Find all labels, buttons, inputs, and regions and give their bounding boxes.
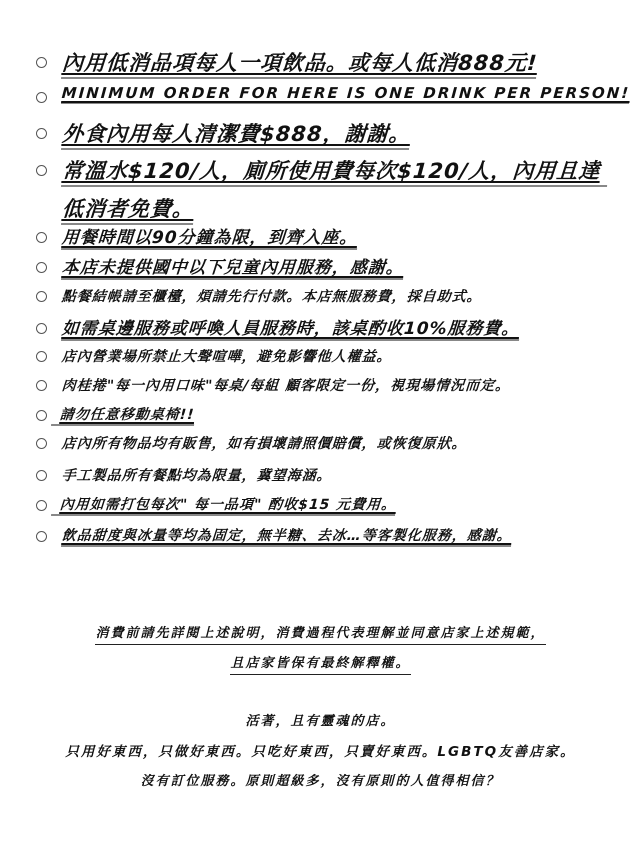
rule-text: 用餐時間以90分鐘為限，到齊入座。 (61, 223, 359, 250)
notice-line-1: 消費前請先詳閱上述說明，消費過程代表理解並同意店家上述規範， (0, 622, 641, 641)
circle-bullet-icon (36, 470, 47, 481)
rule-item: 如需桌邊服務或呼喚人員服務時，該桌酌收10%服務費。 (36, 314, 519, 341)
rule-text: MINIMUM ORDER FOR HERE IS ONE DRINK PER … (61, 84, 631, 104)
rule-item: MINIMUM ORDER FOR HERE IS ONE DRINK PER … (36, 84, 629, 104)
motto-line-3: 沒有訂位服務。原則超級多，沒有原則的人值得相信？ (0, 770, 641, 789)
rule-text: 外食內用每人清潔費$888，謝謝。 (61, 118, 412, 150)
rule-text: 點餐結帳請至櫃檯，煩請先行付款。本店無服務費，採自助式。 (61, 286, 482, 306)
rule-item: 本店未提供國中以下兒童內用服務，感謝。 (36, 253, 403, 280)
rule-item: 外食內用每人清潔費$888，謝謝。 (36, 118, 409, 150)
circle-bullet-icon (36, 92, 47, 103)
rule-item: 點餐結帳請至櫃檯，煩請先行付款。本店無服務費，採自助式。 (36, 286, 481, 306)
circle-bullet-icon (36, 531, 47, 542)
rule-item: 內用如需打包每次" 每一品項" 酌收$15 元費用。 (36, 494, 395, 516)
circle-bullet-icon (36, 128, 47, 139)
rule-item: 店內所有物品均有販售，如有損壞請照價賠償，或恢復原狀。 (36, 433, 466, 453)
rule-text: 請勿任意移動桌椅!! (51, 404, 195, 426)
circle-bullet-icon (36, 380, 47, 391)
rule-item: 飲品甜度與冰量等均為固定，無半糖、去冰…等客製化服務，感謝。 (36, 525, 511, 547)
circle-bullet-icon (36, 500, 47, 511)
rule-text: 店內營業場所禁止大聲喧嘩，避免影響他人權益。 (61, 346, 392, 366)
rule-text: 飲品甜度與冰量等均為固定，無半糖、去冰…等客製化服務，感謝。 (61, 525, 513, 547)
rule-text: 低消者免費。 (61, 193, 195, 225)
circle-bullet-icon (36, 165, 47, 176)
rule-item: 用餐時間以90分鐘為限，到齊入座。 (36, 223, 357, 250)
circle-bullet-icon (36, 291, 47, 302)
circle-bullet-icon (36, 323, 47, 334)
rule-item: 內用低消品項每人一項飲品。或每人低消888元! (36, 47, 536, 79)
rule-item: 常溫水$120/人，廁所使用費每次$120/人，內用且達 低消者免費。 (36, 155, 607, 225)
motto-line-2: 只用好東西，只做好東西。只吃好東西，只賣好東西。LGBTQ友善店家。 (0, 740, 641, 760)
rule-text: 如需桌邊服務或呼喚人員服務時，該桌酌收10%服務費。 (61, 314, 521, 341)
rule-item: 肉桂捲"每一內用口味"每桌/每組 顧客限定一份，視現場情況而定。 (36, 375, 510, 395)
circle-bullet-icon (36, 262, 47, 273)
circle-bullet-icon (36, 351, 47, 362)
rule-item: 手工製品所有餐點均為限量，冀望海涵。 (36, 465, 331, 485)
rule-item: 店內營業場所禁止大聲喧嘩，避免影響他人權益。 (36, 346, 391, 366)
circle-bullet-icon (36, 410, 47, 421)
rule-text: 常溫水$120/人，廁所使用費每次$120/人，內用且達 (61, 155, 609, 187)
rule-text: 肉桂捲"每一內用口味"每桌/每組 顧客限定一份，視現場情況而定。 (61, 375, 511, 395)
rule-text: 本店未提供國中以下兒童內用服務，感謝。 (61, 253, 405, 280)
circle-bullet-icon (36, 57, 47, 68)
rule-text: 手工製品所有餐點均為限量，冀望海涵。 (61, 465, 332, 485)
rule-item: 請勿任意移動桌椅!! (36, 404, 194, 426)
motto-line-1: 活著，且有靈魂的店。 (0, 710, 641, 729)
notice-line-2: 且店家皆保有最終解釋權。 (0, 652, 641, 671)
circle-bullet-icon (36, 232, 47, 243)
rule-text: 店內所有物品均有販售，如有損壞請照價賠償，或恢復原狀。 (61, 433, 467, 453)
rule-text: 內用如需打包每次" 每一品項" 酌收$15 元費用。 (51, 494, 397, 516)
circle-bullet-icon (36, 438, 47, 449)
rule-text: 內用低消品項每人一項飲品。或每人低消888元! (61, 47, 539, 79)
